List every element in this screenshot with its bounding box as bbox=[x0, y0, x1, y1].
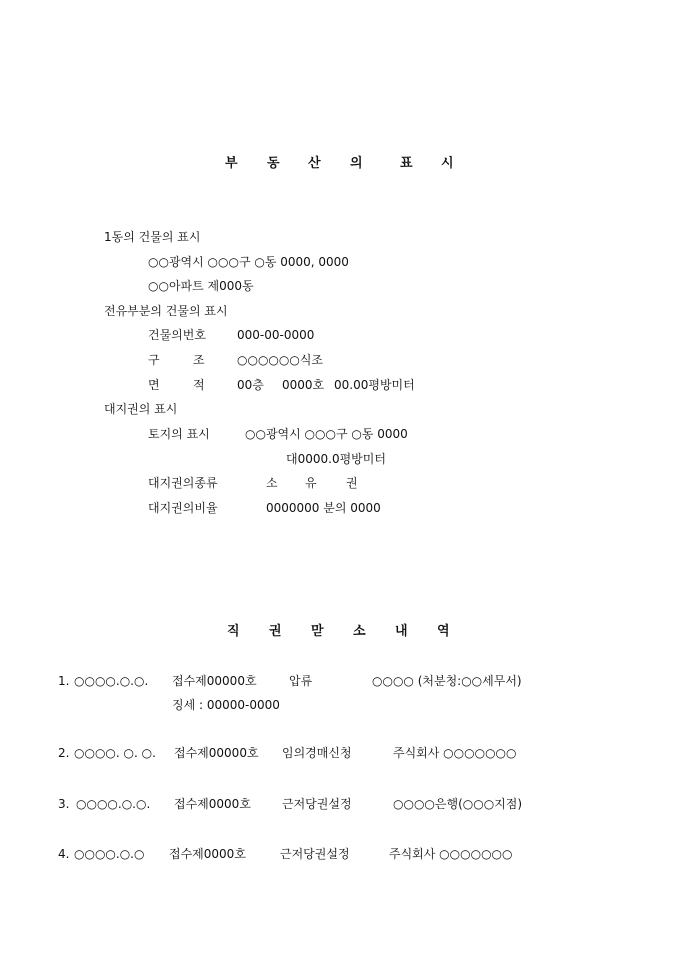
structure-label: 조 bbox=[193, 352, 205, 368]
land-right-heading: 대지권의 표시 bbox=[104, 401, 177, 417]
entry-number: 1. bbox=[58, 673, 69, 689]
entry-type: 근저당권설정 bbox=[280, 846, 350, 862]
title-char: 동 bbox=[267, 155, 280, 173]
title-char: 시 bbox=[441, 155, 454, 173]
title-char: 산 bbox=[308, 155, 321, 173]
structure-value: ○○○○○○식조 bbox=[237, 352, 323, 368]
title-char: 역 bbox=[437, 623, 450, 641]
entry-number: 4. bbox=[58, 846, 69, 862]
entry-receipt: 접수제0000호 bbox=[174, 796, 251, 812]
entry-type: 근저당권설정 bbox=[282, 796, 352, 812]
entry-date: ○○○○.○.○. bbox=[74, 673, 148, 689]
title-char: 내 bbox=[395, 623, 408, 641]
title-char: 표 bbox=[400, 155, 413, 173]
area-value: 00.00평방미터 bbox=[334, 377, 415, 393]
unit-number-value: 000-00-0000 bbox=[237, 327, 314, 343]
area-label: 면 bbox=[148, 377, 160, 393]
land-right-type-char: 소 bbox=[266, 475, 278, 491]
building-heading: 1동의 건물의 표시 bbox=[104, 229, 200, 245]
entry-type: 임의경매신청 bbox=[282, 745, 352, 761]
title-char: 부 bbox=[225, 155, 238, 173]
land-right-type-char: 권 bbox=[346, 475, 358, 491]
unit-heading: 전유부분의 건물의 표시 bbox=[104, 303, 228, 319]
title-char: 의 bbox=[350, 155, 363, 173]
land-label: 토지의 표시 bbox=[148, 426, 210, 442]
area-floor: 00층 bbox=[237, 377, 264, 393]
land-right-ratio-value: 0000000 분의 0000 bbox=[266, 500, 381, 516]
entry-date: ○○○○. ○. ○. bbox=[74, 745, 156, 761]
entry-date: ○○○○.○.○ bbox=[74, 846, 144, 862]
entry-number: 3. bbox=[58, 796, 69, 812]
title-char: 권 bbox=[269, 623, 282, 641]
entry-receipt: 접수제0000호 bbox=[169, 846, 246, 862]
building-address: ○○광역시 ○○○구 ○동 0000, 0000 bbox=[148, 254, 349, 270]
land-right-ratio-label: 대지권의비율 bbox=[148, 500, 218, 516]
entry-date: ○○○○.○.○. bbox=[76, 796, 150, 812]
entry-holder: ○○○○은행(○○○지점) bbox=[393, 796, 522, 812]
title-char: 소 bbox=[353, 623, 366, 641]
entry-receipt: 접수제00000호 bbox=[174, 745, 259, 761]
title-char: 맏 bbox=[311, 623, 324, 641]
entry-holder: 주식회사 ○○○○○○○ bbox=[393, 745, 516, 761]
entry-type: 압류 bbox=[289, 673, 312, 689]
entry-number: 2. bbox=[58, 745, 69, 761]
land-right-type-char: 유 bbox=[305, 475, 317, 491]
building-name: ○○아파트 제000동 bbox=[148, 278, 254, 294]
structure-label: 구 bbox=[148, 352, 160, 368]
land-right-type-label: 대지권의종류 bbox=[148, 475, 218, 491]
unit-number-label: 건물의번호 bbox=[148, 327, 206, 343]
area-label: 적 bbox=[193, 377, 205, 393]
entry-note: 징세 : 00000-0000 bbox=[172, 697, 280, 713]
land-address: ○○광역시 ○○○구 ○동 0000 bbox=[245, 426, 408, 442]
entry-holder: 주식회사 ○○○○○○○ bbox=[389, 846, 512, 862]
land-area: 대0000.0평방미터 bbox=[286, 451, 386, 467]
entry-receipt: 접수제00000호 bbox=[172, 673, 257, 689]
area-unit: 0000호 bbox=[282, 377, 324, 393]
title-char: 직 bbox=[227, 623, 240, 641]
entry-holder: ○○○○ (처분청:○○세무서) bbox=[372, 673, 522, 689]
